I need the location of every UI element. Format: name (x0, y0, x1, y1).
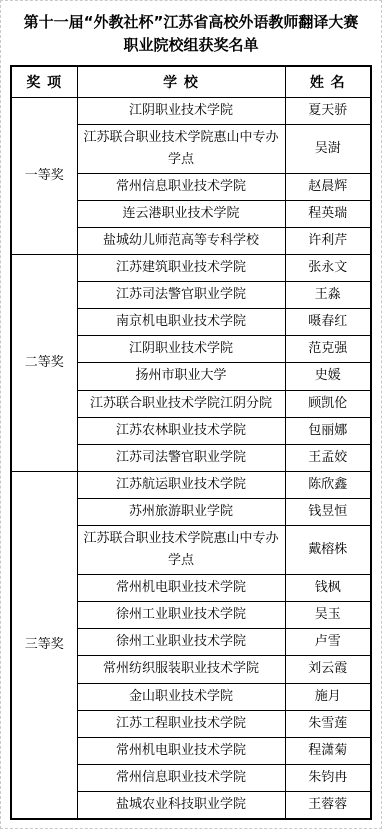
name-cell: 朱钧冉 (285, 764, 371, 791)
name-cell: 施月 (285, 683, 371, 710)
school-cell: 常州机电职业技术学院 (77, 575, 285, 602)
school-cell: 江阴职业技术学院 (77, 336, 285, 363)
school-cell: 江苏工程职业技术学院 (77, 710, 285, 737)
name-cell: 戴榕株 (285, 526, 371, 575)
name-cell: 嗫春红 (285, 309, 371, 336)
school-cell: 连云港职业技术学院 (77, 200, 285, 227)
table-row: 二等奖江苏建筑职业技术学院张永文 (11, 255, 371, 282)
school-cell: 常州机电职业技术学院 (77, 737, 285, 764)
table-row: 三等奖江苏航运职业技术学院陈欣鑫 (11, 471, 371, 498)
school-cell: 江苏联合职业技术学院江阴分院 (77, 390, 285, 417)
school-cell: 徐州工业职业技术学院 (77, 602, 285, 629)
school-cell: 常州信息职业技术学院 (77, 764, 285, 791)
school-cell: 江苏联合职业技术学院惠山中专办学点 (77, 124, 285, 173)
school-cell: 江苏航运职业技术学院 (77, 471, 285, 498)
name-cell: 顾凯伦 (285, 390, 371, 417)
name-cell: 包丽娜 (285, 417, 371, 444)
school-cell: 江苏司法警官职业学院 (77, 444, 285, 471)
name-cell: 钱昱恒 (285, 498, 371, 525)
school-cell: 常州纺织服装职业技术学院 (77, 656, 285, 683)
name-cell: 吴玉 (285, 602, 371, 629)
school-cell: 南京机电职业技术学院 (77, 309, 285, 336)
title-line-2: 职业院校组获奖名单 (10, 34, 372, 57)
awards-table: 奖 项 学 校 姓 名 一等奖江阴职业技术学院夏天骄江苏联合职业技术学院惠山中专… (10, 65, 372, 821)
award-group-label: 一等奖 (11, 97, 77, 255)
awards-table-body: 一等奖江阴职业技术学院夏天骄江苏联合职业技术学院惠山中专办学点吴澍常州信息职业技… (11, 97, 371, 819)
header-award: 奖 项 (11, 66, 77, 98)
award-group-label: 三等奖 (11, 471, 77, 819)
name-cell: 吴澍 (285, 124, 371, 173)
header-row: 奖 项 学 校 姓 名 (11, 66, 371, 98)
name-cell: 王淼 (285, 282, 371, 309)
header-name: 姓 名 (285, 66, 371, 98)
school-cell: 扬州市职业大学 (77, 363, 285, 390)
name-cell: 许利芹 (285, 227, 371, 254)
school-cell: 徐州工业职业技术学院 (77, 629, 285, 656)
name-cell: 夏天骄 (285, 97, 371, 124)
name-cell: 赵晨辉 (285, 173, 371, 200)
name-cell: 程潇菊 (285, 737, 371, 764)
name-cell: 刘云霞 (285, 656, 371, 683)
award-group-label: 二等奖 (11, 255, 77, 472)
document-title: 第十一届“外教社杯”江苏省高校外语教师翻译大赛 职业院校组获奖名单 (10, 11, 372, 58)
school-cell: 江苏联合职业技术学院惠山中专办学点 (77, 526, 285, 575)
name-cell: 钱枫 (285, 575, 371, 602)
name-cell: 朱雪莲 (285, 710, 371, 737)
school-cell: 苏州旅游职业学院 (77, 498, 285, 525)
name-cell: 卢雪 (285, 629, 371, 656)
awards-table-header: 奖 项 学 校 姓 名 (11, 66, 371, 98)
school-cell: 金山职业技术学院 (77, 683, 285, 710)
name-cell: 王孟姣 (285, 444, 371, 471)
school-cell: 江苏司法警官职业学院 (77, 282, 285, 309)
name-cell: 王蓉蓉 (285, 791, 371, 819)
table-row: 一等奖江阴职业技术学院夏天骄 (11, 97, 371, 124)
school-cell: 常州信息职业技术学院 (77, 173, 285, 200)
school-cell: 江苏农林职业技术学院 (77, 417, 285, 444)
name-cell: 范克强 (285, 336, 371, 363)
school-cell: 江苏建筑职业技术学院 (77, 255, 285, 282)
school-cell: 盐城农业科技职业学院 (77, 791, 285, 819)
name-cell: 陈欣鑫 (285, 471, 371, 498)
school-cell: 江阴职业技术学院 (77, 97, 285, 124)
document-page: 第十一届“外教社杯”江苏省高校外语教师翻译大赛 职业院校组获奖名单 奖 项 学 … (0, 0, 382, 829)
title-line-1: 第十一届“外教社杯”江苏省高校外语教师翻译大赛 (10, 11, 372, 34)
name-cell: 程英瑞 (285, 200, 371, 227)
name-cell: 张永文 (285, 255, 371, 282)
header-school: 学 校 (77, 66, 285, 98)
school-cell: 盐城幼儿师范高等专科学校 (77, 227, 285, 254)
name-cell: 史媛 (285, 363, 371, 390)
